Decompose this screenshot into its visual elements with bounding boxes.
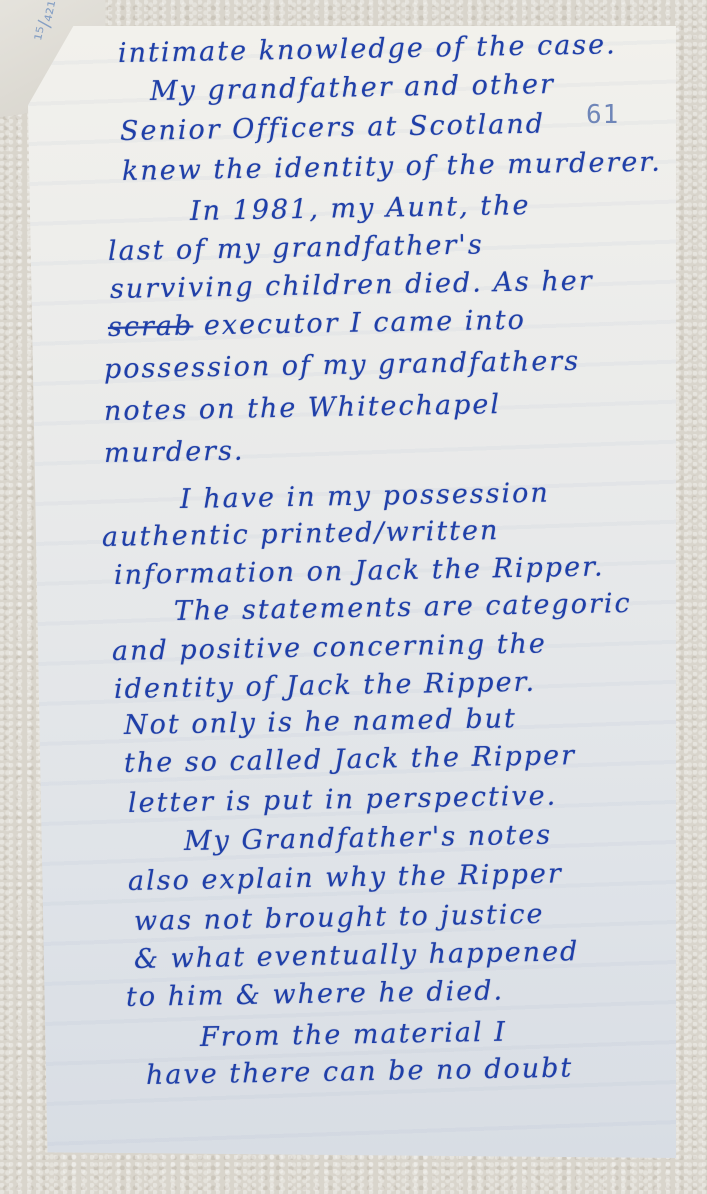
text-line: letter is put in perspective.	[128, 781, 558, 819]
text-line: From the material I	[200, 1017, 507, 1053]
text-line: Not only is he named but	[124, 703, 517, 741]
text-line: last of my grandfather's	[108, 229, 484, 267]
handwritten-text-body: intimate knowledge of the case. My grand…	[0, 0, 707, 1194]
text-line: was not brought to justice	[134, 899, 545, 937]
text-line: murders.	[104, 436, 245, 469]
text-line: notes on the Whitechapel	[104, 389, 502, 427]
text-line: I have in my possession	[180, 478, 550, 515]
text-line-with-strikeout: scrab executor I came into	[108, 305, 526, 343]
text-line-rest: executor I came into	[204, 305, 527, 342]
text-line: and positive concerning the	[112, 628, 547, 667]
text-line: the so called Jack the Ripper	[124, 740, 577, 779]
text-line: intimate knowledge of the case.	[118, 29, 617, 69]
struck-word: scrab	[108, 311, 194, 343]
text-line: authentic printed/written	[102, 515, 500, 553]
text-line: knew the identity of the murderer.	[122, 147, 662, 187]
text-line: identity of Jack the Ripper.	[114, 667, 537, 705]
text-line: information on Jack the Ripper.	[114, 551, 605, 591]
text-line: My Grandfather's notes	[184, 820, 553, 857]
text-line: surviving children died. As her	[110, 266, 594, 305]
text-line: Senior Officers at Scotland	[120, 109, 546, 147]
text-line: possession of my grandfathers	[104, 346, 581, 385]
text-line: also explain why the Ripper	[128, 858, 563, 897]
text-line: The statements are categoric	[174, 588, 632, 627]
text-line: In 1981, my Aunt, the	[190, 190, 531, 227]
text-line: & what eventually happened	[134, 936, 580, 975]
text-line: My grandfather and other	[150, 69, 555, 107]
text-line: to him & where he died.	[126, 975, 505, 1013]
text-line: have there can be no doubt	[146, 1053, 574, 1091]
